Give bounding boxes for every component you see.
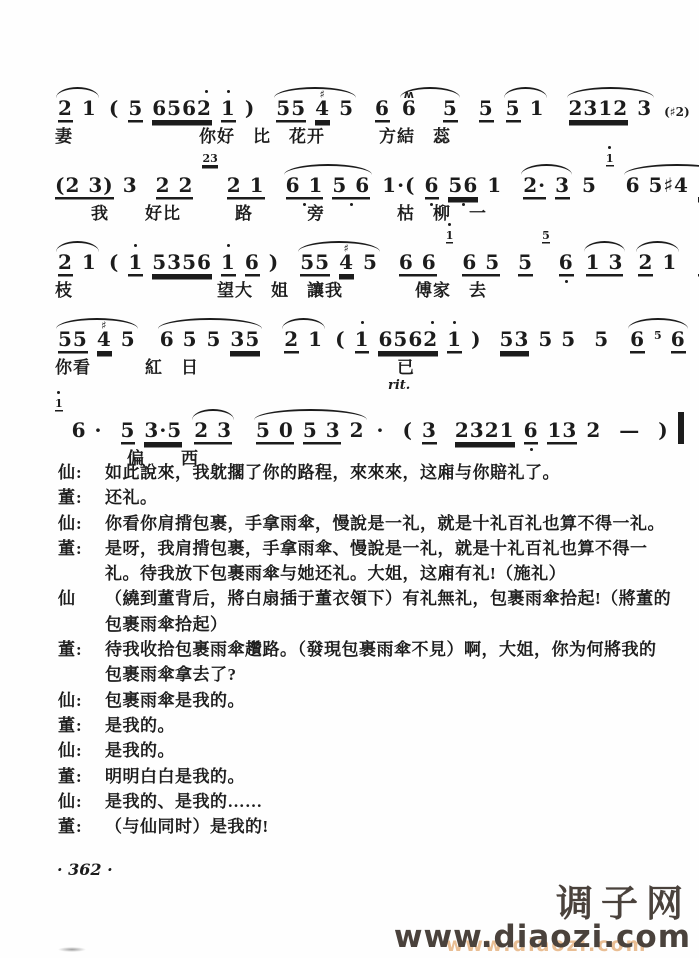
spacer — [426, 119, 434, 120]
note: ) — [471, 328, 481, 351]
slur-group: 554♯5 — [55, 317, 139, 351]
note: 6 5♯4 — [626, 174, 689, 197]
note: 5 3 — [303, 419, 341, 442]
dialogue-line: 仙:是我的。 — [58, 738, 673, 763]
dialogue-line: 仙:你看你肩揹包裹，手拿雨傘，慢說是一礼，就是十礼百礼也算不得一礼。 — [58, 511, 673, 536]
speaker-label: 仙: — [58, 789, 105, 814]
watermark-url-wrap: www.diaozi.com www.diaozi.com — [394, 922, 691, 954]
note: 2 2 — [156, 174, 194, 197]
dialogue-text: 待我收拾包裹雨傘趲路。（發現包裹雨傘不見）啊，大姐，你为何將我的包裹雨傘拿去了? — [105, 637, 673, 688]
note: 6 · — [72, 419, 103, 442]
note: 2 1 — [227, 174, 265, 197]
note: 5 — [128, 97, 143, 120]
note: 5 — [582, 174, 597, 197]
note: 1 — [308, 328, 323, 351]
slur-group: 6 5♯435 — [623, 163, 699, 197]
note: 2 — [586, 419, 601, 442]
dialogue-line: 董:是我的。 — [58, 713, 673, 738]
note: 53 — [500, 328, 530, 351]
grace-note: 1 — [606, 153, 614, 165]
octave-dot — [361, 321, 364, 324]
note: 6562 — [378, 328, 438, 351]
note: 1 — [530, 97, 545, 120]
note: 2321 — [455, 419, 515, 442]
speaker-label: 董: — [58, 814, 105, 839]
watermark-site-url: www.diaozi.com — [394, 919, 691, 955]
octave-dot — [448, 223, 451, 226]
note: 5 — [339, 97, 354, 120]
note: 1 — [487, 174, 502, 197]
slur-group: 6 5535 — [157, 317, 264, 351]
dialogue-line: 仙:如此說來，我躭擱了你的路程，來來來，这廂与你賠礼了。 — [58, 460, 673, 485]
note: 5 — [121, 328, 136, 351]
note: 3 — [422, 419, 437, 442]
octave-dot — [227, 90, 230, 93]
speaker-label: 董: — [58, 713, 105, 738]
octave-dot — [205, 90, 208, 93]
dialogue-line: 仙（繞到董背后，將白扇插于董衣領下）有礼無礼，包裹雨傘拾起!（將董的包裹雨傘拾起… — [58, 586, 673, 637]
notes-row: (2 3)32 2232 16 15 61·(65612·3516 5♯435 — [55, 151, 681, 197]
note: · — [377, 419, 385, 442]
sharp-ornament: ♯ — [319, 83, 325, 106]
notes-row: 554♯56 553521(165621)535 55656 — [55, 305, 681, 351]
note: 3·5 — [144, 419, 182, 442]
note: (♯2) — [664, 105, 690, 119]
note: 13 — [547, 419, 577, 442]
note: 1 — [447, 328, 462, 351]
note: 6 — [671, 328, 686, 351]
note: 6 — [245, 251, 260, 274]
slur-group: 1 3 — [583, 240, 627, 274]
note: 6 6 — [399, 251, 437, 274]
dialogue-text: 还礼。 — [105, 485, 673, 510]
slur-group: 554♯5 — [273, 86, 357, 120]
note: 2 3 — [194, 419, 232, 442]
music-notation-section: 21(565621)554♯566ʍ555123123(♯2)妻 你好 比 花开… — [55, 74, 681, 473]
note: 56 — [448, 174, 478, 197]
sharp-ornament: ♯ — [101, 314, 107, 337]
slur-group: 21 — [635, 240, 680, 274]
speaker-label: 仙: — [58, 688, 105, 713]
dialogue-text: 明明白白是我的。 — [105, 764, 673, 789]
tempo-annotation: rit. — [388, 379, 681, 392]
music-system-2: (2 3)32 2232 16 15 61·(65612·3516 5♯435 … — [55, 151, 681, 224]
note: 3 — [555, 174, 570, 197]
dialogue-text: 如此說來，我躭擱了你的路程，來來來，这廂与你賠礼了。 — [105, 460, 673, 485]
speaker-label: 仙: — [58, 460, 105, 485]
note: 2 — [638, 251, 653, 274]
note: 2 — [58, 97, 73, 120]
note: 6 — [559, 251, 574, 274]
dialogue-line: 董:是呀，我肩揹包裹，手拿雨傘、慢說是一礼，就是十礼百礼也算不得一礼。待我放下包… — [58, 536, 673, 587]
slur-group: 6ʍ5 — [399, 86, 461, 120]
notes-row: 16 ·53·52 35 05 32·(323216132—) — [55, 396, 681, 442]
note: 55 — [58, 328, 88, 351]
speaker-label: 董: — [58, 637, 105, 662]
dialogue-line: 董:（与仙同时）是我的! — [58, 814, 673, 839]
dialogue-text: 是我的、是我的…… — [105, 789, 673, 814]
note: 5 — [594, 328, 609, 351]
dialogue-text: （繞到董背后，將白扇插于董衣領下）有礼無礼，包裹雨傘拾起!（將董的包裹雨傘拾起） — [105, 586, 673, 637]
note: 5 — [363, 251, 378, 274]
music-system-4: 554♯56 553521(165621)535 55656你看 紅 日 已ri… — [55, 305, 681, 392]
dialogue-text: 是我的。 — [105, 738, 673, 763]
octave-dot — [431, 321, 434, 324]
note: 1 — [355, 328, 370, 351]
note: 1 3 — [586, 251, 624, 274]
speaker-label: 董: — [58, 764, 105, 789]
trill-ornament: ʍ — [404, 83, 415, 106]
octave-dot — [134, 244, 137, 247]
grace-note: 5 — [654, 330, 662, 342]
note: ( — [109, 251, 119, 274]
speaker-label: 仙 — [58, 586, 105, 611]
dialogue-text: 是呀，我肩揹包裹，手拿雨傘、慢說是一礼，就是十礼百礼也算不得一礼。待我放下包裹雨… — [105, 536, 673, 587]
octave-dot — [57, 391, 60, 394]
speaker-label: 仙: — [58, 738, 105, 763]
lyrics-row: 你看 紅 日 已 — [55, 358, 681, 378]
note: ) — [658, 419, 668, 442]
note: 2 — [58, 251, 73, 274]
slur-group: 21 — [55, 240, 100, 274]
octave-dot — [608, 146, 611, 149]
octave-dot — [462, 203, 465, 206]
note: 55 — [276, 97, 306, 120]
note: 4♯ — [315, 97, 330, 120]
note: 3 — [123, 174, 138, 197]
note: 5 — [443, 97, 458, 120]
slur-group: 656 — [627, 317, 689, 351]
note: 1·( — [382, 174, 415, 197]
note: 55 — [300, 251, 330, 274]
lyrics-row: 我 好比 路 旁 枯 柳 一 — [55, 204, 681, 224]
dialogue-line: 董:待我收拾包裹雨傘趲路。（發現包裹雨傘不見）啊，大姐，你为何將我的包裹雨傘拿去… — [58, 637, 673, 688]
final-bar-line — [678, 412, 684, 444]
music-system-1: 21(565621)554♯566ʍ555123123(♯2)妻 你好 比 花开… — [55, 74, 681, 147]
note: ( — [109, 97, 119, 120]
grace-note: 1 — [446, 230, 454, 242]
note: 1 — [221, 251, 236, 274]
note: 5 0 — [256, 419, 294, 442]
note: 3 — [637, 97, 652, 120]
speaker-label: 董: — [58, 536, 105, 561]
note: ) — [245, 97, 255, 120]
note: 5356 — [152, 251, 212, 274]
note: 1 — [128, 251, 143, 274]
note: 35 — [230, 328, 260, 351]
scanned-score-page: 21(565621)554♯566ʍ555123123(♯2)妻 你好 比 花开… — [0, 0, 699, 958]
slur-group: 21 — [281, 317, 326, 351]
note: 5 — [479, 97, 494, 120]
note: 2 — [350, 419, 365, 442]
slur-group: 6 15 6 — [283, 163, 374, 197]
dialogue-text: （与仙同时）是我的! — [105, 814, 673, 839]
note: (2 3) — [55, 174, 114, 197]
note: 6 — [630, 328, 645, 351]
grace-note: 5 — [542, 230, 550, 242]
octave-dot — [350, 203, 353, 206]
speaker-label: 董: — [58, 485, 105, 510]
dialogue-text: 包裹雨傘是我的。 — [105, 688, 673, 713]
slur-group: 21 — [55, 86, 100, 120]
grace-note: 1 — [55, 398, 63, 410]
note: 1 — [221, 97, 236, 120]
note: 6 — [524, 419, 539, 442]
note: 5 — [518, 251, 533, 274]
note: 4♯ — [339, 251, 354, 274]
dialogue-text: 是我的。 — [105, 713, 673, 738]
dialogue-line: 仙:是我的、是我的…… — [58, 789, 673, 814]
watermark: 调子网 www.diaozi.com www.diaozi.com — [394, 885, 691, 954]
note: 5 6 — [332, 174, 370, 197]
note: 1 — [82, 251, 97, 274]
note: 6 1 — [286, 174, 324, 197]
slur-group: 554♯5 — [297, 240, 381, 274]
dialogue-section: 仙:如此說來，我躭擱了你的路程，來來來，这廂与你賠礼了。董:还礼。仙:你看你肩揹… — [58, 460, 673, 839]
music-system-3: 21(1535616)554♯56 616 55561 3210枝 望大 姐 讓… — [55, 228, 681, 301]
sharp-ornament: ♯ — [343, 237, 349, 260]
octave-dot — [303, 203, 306, 206]
note: 4♯ — [97, 328, 112, 351]
octave-dot — [453, 321, 456, 324]
note: 5 — [121, 419, 136, 442]
dialogue-line: 董:明明白白是我的。 — [58, 764, 673, 789]
note: 6 5 — [160, 328, 198, 351]
notes-row: 21(565621)554♯566ʍ555123123(♯2) — [55, 74, 681, 120]
note: 6 — [375, 97, 390, 120]
slur-group: 51 — [503, 86, 548, 120]
note: ( — [335, 328, 345, 351]
note: 2· — [523, 174, 546, 197]
note: 5 5 — [538, 328, 576, 351]
lyrics-row: 妻 你好 比 花开 方結 蕊 — [55, 127, 681, 147]
note: 5 — [206, 328, 221, 351]
octave-dot — [227, 244, 230, 247]
dialogue-line: 仙:包裹雨傘是我的。 — [58, 688, 673, 713]
note: ) — [269, 251, 279, 274]
speaker-label: 仙: — [58, 511, 105, 536]
slur-group: 2 3 — [191, 408, 235, 442]
dialogue-line: 董:还礼。 — [58, 485, 673, 510]
note: 2312 — [569, 97, 629, 120]
notes-row: 21(1535616)554♯56 616 55561 3210 — [55, 228, 681, 274]
lyrics-row: 枝 望大 姐 讓我 傅家 去 — [55, 281, 681, 301]
note: 1 — [662, 251, 677, 274]
note: — — [619, 419, 640, 442]
slur-group: 23123 — [566, 86, 656, 120]
page-number: · 362 · — [57, 860, 113, 879]
note: 2 — [284, 328, 299, 351]
watermark-site-name: 调子网 — [394, 885, 691, 923]
octave-dot — [565, 280, 568, 283]
slur-group: 5 05 32 — [253, 408, 368, 442]
grace-note: 23 — [202, 153, 217, 165]
note: 5 — [506, 97, 521, 120]
dialogue-text: 你看你肩揹包裹，手拿雨傘，慢說是一礼，就是十礼百礼也算不得一礼。 — [105, 511, 673, 536]
note: ( — [403, 419, 413, 442]
octave-dot — [530, 448, 533, 451]
note: 6 — [425, 174, 440, 197]
note: 1 — [82, 97, 97, 120]
slur-group: 2·3 — [520, 163, 573, 197]
scan-artifact — [58, 947, 86, 952]
music-system-5: 16 ·53·52 35 05 32·(323216132—) 偏 西 — [55, 396, 681, 469]
note: 6ʍ — [402, 97, 417, 120]
note: 6 5 — [462, 251, 500, 274]
note: 6562 — [152, 97, 212, 120]
